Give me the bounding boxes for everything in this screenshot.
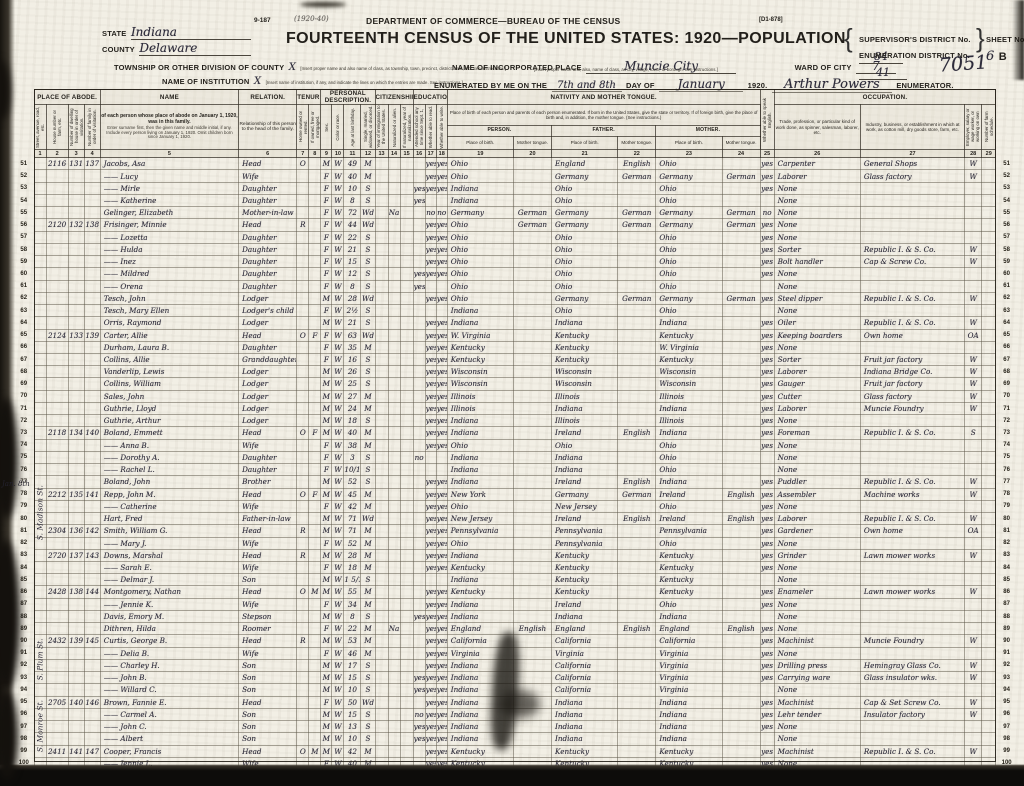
cell-father_pob: Indiana — [552, 721, 618, 733]
cell-age: 24 — [344, 402, 361, 414]
column-number: 9 — [321, 150, 332, 158]
cell-industry — [860, 341, 964, 353]
census-row: 512116131137Jacobs, AsaHeadOMW49MyesyesO… — [14, 158, 1017, 170]
cell-race: W — [332, 317, 344, 329]
cell-school — [413, 439, 425, 451]
cell-sex: F — [321, 305, 332, 317]
cell-age: 42 — [344, 500, 361, 512]
cell-employment: W — [965, 354, 982, 366]
cell-occupation: Laborer — [774, 170, 860, 182]
cell-pob_tongue: English — [513, 623, 551, 635]
ward-label: WARD OF CITY — [795, 63, 852, 72]
cell-family: 141 — [84, 488, 100, 500]
cell-school: yes — [413, 721, 425, 733]
cell-farm — [982, 451, 996, 463]
cell-father_pob: Kentucky — [552, 745, 618, 757]
cell-age: 1 5/12 — [344, 574, 361, 586]
cell-house — [46, 513, 68, 525]
cell-dwelling — [68, 439, 84, 451]
cell-pob: Indiana — [447, 721, 513, 733]
cell-race: W — [332, 378, 344, 390]
group-citizenship: CITIZENSHIP. — [375, 90, 413, 105]
cell-dwelling: 138 — [68, 586, 84, 598]
cell-age: 15 — [344, 672, 361, 684]
cell-mother_pob: Kentucky — [656, 757, 722, 769]
cell-mother_pob: Kentucky — [656, 574, 722, 586]
cell-imm_year — [375, 415, 388, 427]
cell-family — [84, 378, 100, 390]
cell-employment — [965, 219, 982, 231]
cell-write: yes — [436, 586, 447, 598]
cell-marital: S — [361, 464, 375, 476]
cell-family: 139 — [84, 329, 100, 341]
line-number-left: 55 — [14, 207, 34, 219]
cell-occupation: None — [774, 757, 860, 769]
cell-mother_tongue: English — [722, 513, 760, 525]
cell-relation: Lodger — [239, 378, 297, 390]
cell-farm — [982, 598, 996, 610]
cell-nat_year — [400, 708, 413, 720]
cell-industry — [860, 268, 964, 280]
cell-father_tongue — [618, 647, 656, 659]
cell-occupation: None — [774, 464, 860, 476]
cell-father_tongue — [618, 194, 656, 206]
cell-house — [46, 317, 68, 329]
line-number-left: 100 — [14, 757, 34, 769]
cell-pob_tongue — [513, 721, 551, 733]
cell-read: yes — [425, 684, 436, 696]
col-speak-english: Whether able to speak English. — [760, 90, 774, 150]
cell-nat_year — [400, 354, 413, 366]
cell-read: yes — [425, 402, 436, 414]
cell-mother_tongue — [722, 268, 760, 280]
line-number-right: 93 — [996, 672, 1017, 684]
cell-father_pob: California — [552, 659, 618, 671]
cell-owned: O — [297, 586, 309, 598]
group-place-of-abode: PLACE OF ABODE. — [34, 90, 100, 105]
cell-relation: Lodger — [239, 415, 297, 427]
column-number: 12 — [361, 150, 375, 158]
cell-occupation: Puddler — [774, 476, 860, 488]
cell-family — [84, 721, 100, 733]
cell-dwelling — [68, 243, 84, 255]
cell-imm_year — [375, 317, 388, 329]
cell-house — [46, 574, 68, 586]
cell-father_pob: Ohio — [552, 305, 618, 317]
cell-race: W — [332, 243, 344, 255]
cell-father_tongue — [618, 549, 656, 561]
cell-relation: Wife — [239, 647, 297, 659]
line-number-left: 53 — [14, 182, 34, 194]
census-row: 782212135141Repp, John M.HeadOFMW45Myesy… — [14, 488, 1017, 500]
line-number-right: 96 — [996, 708, 1017, 720]
cell-family — [84, 598, 100, 610]
cell-owned — [297, 500, 309, 512]
cell-pob: Ohio — [447, 158, 513, 170]
census-row: 82—— Mary J.WifeFW52MyesyesOhioPennsylva… — [14, 537, 1017, 549]
cell-english: yes — [760, 256, 774, 268]
cell-relation: Son — [239, 721, 297, 733]
cell-farm — [982, 158, 996, 170]
cell-family — [84, 672, 100, 684]
line-number-right: 56 — [996, 219, 1017, 231]
cell-occupation: None — [774, 219, 860, 231]
cell-house — [46, 243, 68, 255]
cell-age: 35 — [344, 341, 361, 353]
cell-race: W — [332, 427, 344, 439]
cell-farm — [982, 207, 996, 219]
cell-read: yes — [425, 647, 436, 659]
cell-mother_tongue — [722, 500, 760, 512]
cell-mother_tongue — [722, 280, 760, 292]
cell-write — [436, 305, 447, 317]
line-number-right: 99 — [996, 745, 1017, 757]
cell-nat_year — [400, 292, 413, 304]
subgroup-father: FATHER. — [552, 125, 656, 136]
cell-pob: Indiana — [447, 464, 513, 476]
cell-owned — [297, 696, 309, 708]
cell-relation: Head — [239, 219, 297, 231]
cell-street — [34, 513, 46, 525]
cell-imm_year — [375, 366, 388, 378]
cell-dwelling — [68, 647, 84, 659]
cell-house — [46, 366, 68, 378]
cell-relation: Daughter — [239, 182, 297, 194]
cell-dwelling: 136 — [68, 525, 84, 537]
line-number-left: 58 — [14, 243, 34, 255]
cell-nat_year — [400, 549, 413, 561]
col-sex: Sex. — [321, 105, 332, 150]
cell-father_pob: Germany — [552, 488, 618, 500]
cell-farm — [982, 574, 996, 586]
cell-relation: Daughter — [239, 268, 297, 280]
cell-farm — [982, 427, 996, 439]
cell-relation: Son — [239, 672, 297, 684]
column-number: 22 — [618, 150, 656, 158]
cell-mother_pob: Ohio — [656, 158, 722, 170]
cell-owned — [297, 598, 309, 610]
cell-mother_tongue — [722, 525, 760, 537]
census-row: 58—— HuldaDaughterFW21SyesyesOhioOhioOhi… — [14, 243, 1017, 255]
cell-read: yes — [425, 378, 436, 390]
cell-imm_year — [375, 194, 388, 206]
cell-dwelling — [68, 513, 84, 525]
cell-race: W — [332, 635, 344, 647]
census-row: 902432139145Curtis, George B.HeadRMW53My… — [14, 635, 1017, 647]
line-number-left: 94 — [14, 684, 34, 696]
cell-sex: F — [321, 182, 332, 194]
cell-age: 15 — [344, 708, 361, 720]
cell-mother_tongue — [722, 610, 760, 622]
cell-pob_tongue — [513, 341, 551, 353]
cell-family: 143 — [84, 549, 100, 561]
cell-mortgage — [309, 280, 321, 292]
cell-naturalized — [388, 354, 400, 366]
cell-imm_year — [375, 721, 388, 733]
cell-marital: S — [361, 659, 375, 671]
cell-house — [46, 757, 68, 769]
cell-pob_tongue — [513, 574, 551, 586]
cell-mortgage — [309, 635, 321, 647]
cell-father_tongue — [618, 390, 656, 402]
cell-name: —— Sarah E. — [100, 561, 238, 573]
cell-race: W — [332, 292, 344, 304]
cell-write: yes — [436, 415, 447, 427]
census-row: 84—— Sarah E.WifeFW18MyesyesKentuckyKent… — [14, 561, 1017, 573]
cell-age: 22 — [344, 623, 361, 635]
line-number-right: 73 — [996, 427, 1017, 439]
cell-industry — [860, 305, 964, 317]
cell-father_tongue — [618, 280, 656, 292]
cell-english: yes — [760, 292, 774, 304]
cell-sex: M — [321, 586, 332, 598]
cell-pob_tongue — [513, 194, 551, 206]
cell-name: —— Charley H. — [100, 659, 238, 671]
cell-farm — [982, 194, 996, 206]
cell-father_pob: Ireland — [552, 427, 618, 439]
cell-farm — [982, 733, 996, 745]
cell-street — [34, 354, 46, 366]
cell-relation: Daughter — [239, 451, 297, 463]
cell-naturalized — [388, 182, 400, 194]
cell-mother_pob: Ohio — [656, 598, 722, 610]
cell-house: 2720 — [46, 549, 68, 561]
cell-family — [84, 623, 100, 635]
cell-mortgage — [309, 158, 321, 170]
cell-school — [413, 574, 425, 586]
cell-nat_year — [400, 317, 413, 329]
col-write: Whether able to write. — [436, 105, 447, 150]
cell-school — [413, 256, 425, 268]
line-number-left: 63 — [14, 305, 34, 317]
cell-occupation: Drilling press — [774, 659, 860, 671]
cell-age: 17 — [344, 659, 361, 671]
cell-pob_tongue — [513, 549, 551, 561]
cell-age: 8 — [344, 280, 361, 292]
cell-owned — [297, 757, 309, 769]
census-sheet: STATE Indiana COUNTY Delaware TOWNSHIP O… — [14, 5, 1017, 764]
column-number: 7 — [297, 150, 309, 158]
cell-mother_pob: Indiana — [656, 610, 722, 622]
cell-mother_pob: Indiana — [656, 696, 722, 708]
cell-name: Collins, Allie — [100, 354, 238, 366]
cell-street — [34, 427, 46, 439]
plate-code: [D1-878] — [759, 17, 783, 23]
cell-farm — [982, 525, 996, 537]
cell-english: yes — [760, 561, 774, 573]
cell-owned — [297, 317, 309, 329]
cell-name: Gelinger, Elizabeth — [100, 207, 238, 219]
cell-industry: Republic I. & S. Co. — [860, 745, 964, 757]
line-number-left: 95 — [14, 696, 34, 708]
cell-race: W — [332, 219, 344, 231]
census-row: 69Collins, WilliamLodgerMW25SyesyesWisco… — [14, 378, 1017, 390]
cell-english: yes — [760, 329, 774, 341]
col-naturalized: Naturalized or alien. — [388, 105, 400, 150]
cell-imm_year — [375, 292, 388, 304]
cell-industry — [860, 623, 964, 635]
cell-industry — [860, 537, 964, 549]
cell-street — [34, 402, 46, 414]
cell-mortgage — [309, 464, 321, 476]
line-number-right: 68 — [996, 366, 1017, 378]
cell-street — [34, 708, 46, 720]
cell-family — [84, 561, 100, 573]
cell-father_tongue: German — [618, 170, 656, 182]
cell-age: 8 — [344, 610, 361, 622]
cell-sex: F — [321, 268, 332, 280]
cell-write: yes — [436, 427, 447, 439]
cell-owned: O — [297, 158, 309, 170]
cell-relation: Lodger — [239, 390, 297, 402]
cell-industry: Glass factory — [860, 390, 964, 402]
cell-read — [425, 451, 436, 463]
cell-name: —— Rachel L. — [100, 464, 238, 476]
line-number-right: 72 — [996, 415, 1017, 427]
county-value: Delaware — [139, 41, 251, 56]
cell-mother_pob: Ohio — [656, 231, 722, 243]
cell-english: yes — [760, 586, 774, 598]
cell-pob_tongue — [513, 464, 551, 476]
cell-mother_pob: Pennsylvania — [656, 525, 722, 537]
cell-nat_year — [400, 733, 413, 745]
column-number: 11 — [344, 150, 361, 158]
cell-mother_tongue — [722, 305, 760, 317]
cell-house: 2124 — [46, 329, 68, 341]
brace-right: } — [976, 23, 985, 54]
cell-naturalized — [388, 586, 400, 598]
cell-marital: M — [361, 439, 375, 451]
cell-street — [34, 476, 46, 488]
cell-age: 28 — [344, 549, 361, 561]
cell-school — [413, 415, 425, 427]
cell-race: W — [332, 500, 344, 512]
cell-age: 26 — [344, 366, 361, 378]
cell-sex: F — [321, 194, 332, 206]
cell-school — [413, 207, 425, 219]
cell-farm — [982, 354, 996, 366]
line-number-left: 79 — [14, 500, 34, 512]
cell-race: W — [332, 623, 344, 635]
cell-relation: Head — [239, 427, 297, 439]
cell-father_pob: Ireland — [552, 598, 618, 610]
cell-dwelling — [68, 390, 84, 402]
cell-farm — [982, 182, 996, 194]
cell-nat_year — [400, 268, 413, 280]
cell-father_pob: California — [552, 635, 618, 647]
cell-industry — [860, 415, 964, 427]
cell-occupation: Cutter — [774, 390, 860, 402]
cell-school: no — [413, 708, 425, 720]
cell-mortgage — [309, 256, 321, 268]
cell-marital: S — [361, 268, 375, 280]
cell-age: 15 — [344, 256, 361, 268]
cell-mother_tongue — [722, 341, 760, 353]
cell-industry — [860, 500, 964, 512]
cell-age: 40 — [344, 427, 361, 439]
cell-dwelling — [68, 366, 84, 378]
cell-house — [46, 256, 68, 268]
cell-mother_tongue — [722, 317, 760, 329]
cell-house — [46, 451, 68, 463]
cell-nat_year — [400, 219, 413, 231]
cell-age: 53 — [344, 635, 361, 647]
cell-imm_year — [375, 341, 388, 353]
cell-naturalized — [388, 305, 400, 317]
cell-write: yes — [436, 623, 447, 635]
cell-family — [84, 647, 100, 659]
line-number-left: 80 — [14, 513, 34, 525]
line-number-left: 72 — [14, 415, 34, 427]
cell-write: yes — [436, 598, 447, 610]
cell-write: yes — [436, 549, 447, 561]
cell-naturalized — [388, 464, 400, 476]
cell-father_pob: Illinois — [552, 415, 618, 427]
cell-age: 10 — [344, 733, 361, 745]
cell-naturalized — [388, 684, 400, 696]
census-row: 53—— MirleDaughterFW10SyesyesyesIndianaO… — [14, 182, 1017, 194]
cell-race: W — [332, 537, 344, 549]
cell-naturalized — [388, 341, 400, 353]
cell-imm_year — [375, 513, 388, 525]
cell-father_tongue — [618, 610, 656, 622]
cell-mother_tongue — [722, 672, 760, 684]
census-row: 76—— Rachel L.DaughterFW10/12SIndianaInd… — [14, 464, 1017, 476]
cell-mother_pob: Illinois — [656, 415, 722, 427]
cell-father_pob: Pennsylvania — [552, 525, 618, 537]
cell-pob_tongue — [513, 402, 551, 414]
cell-mother_tongue — [722, 402, 760, 414]
cell-relation: Head — [239, 549, 297, 561]
cell-relation: Daughter — [239, 256, 297, 268]
census-scan-page: STATE Indiana COUNTY Delaware TOWNSHIP O… — [0, 0, 1024, 786]
cell-house: 2116 — [46, 158, 68, 170]
cell-imm_year — [375, 598, 388, 610]
cell-read: yes — [425, 170, 436, 182]
cell-naturalized — [388, 366, 400, 378]
cell-read — [425, 574, 436, 586]
cell-house — [46, 439, 68, 451]
cell-dwelling — [68, 317, 84, 329]
cell-imm_year — [375, 158, 388, 170]
cell-imm_year — [375, 402, 388, 414]
cell-dwelling: 131 — [68, 158, 84, 170]
cell-father_tongue: English — [618, 476, 656, 488]
cell-pob_tongue — [513, 684, 551, 696]
cell-mother_tongue — [722, 182, 760, 194]
cell-mother_pob: Ohio — [656, 280, 722, 292]
group-name: NAME — [100, 90, 238, 105]
cell-mother_tongue — [722, 464, 760, 476]
cell-mother_pob: Virginia — [656, 647, 722, 659]
line-number-left: 61 — [14, 280, 34, 292]
cell-english: yes — [760, 659, 774, 671]
cell-nat_year — [400, 684, 413, 696]
cell-naturalized — [388, 696, 400, 708]
cell-farm — [982, 415, 996, 427]
form-number: 9-187 — [254, 17, 271, 24]
cell-name: Tesch, John — [100, 292, 238, 304]
cell-marital: S — [361, 305, 375, 317]
cell-write: yes — [436, 757, 447, 769]
line-number-right: 98 — [996, 733, 1017, 745]
cell-father_tongue — [618, 721, 656, 733]
cell-english: yes — [760, 476, 774, 488]
cell-english: yes — [760, 488, 774, 500]
col-father-tongue: Mother tongue. — [618, 136, 656, 149]
cell-employment: W — [965, 256, 982, 268]
cell-owned — [297, 684, 309, 696]
